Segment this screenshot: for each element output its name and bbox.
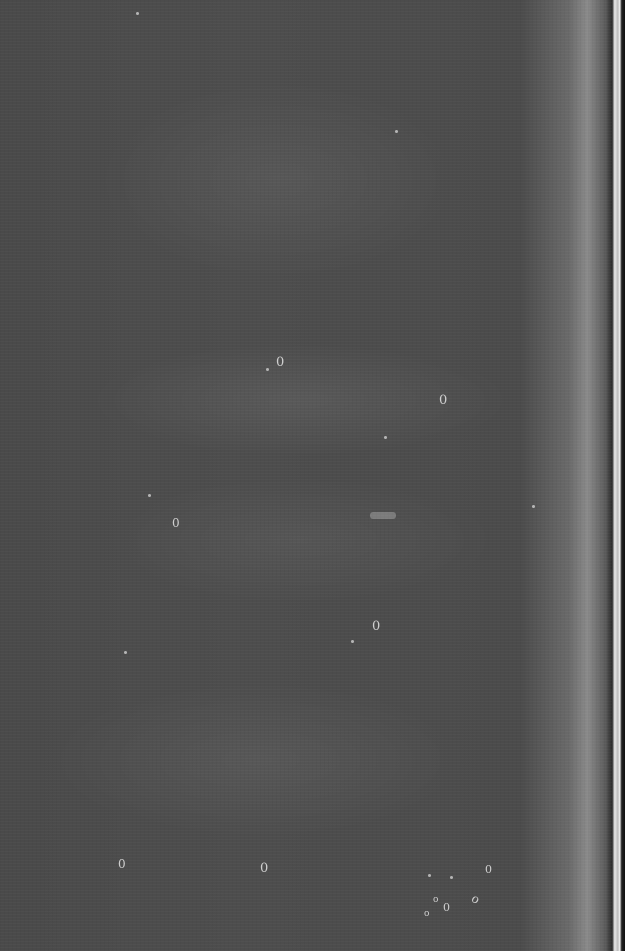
speck-mark: 0 [172,517,180,529]
speck-mark: 0 [443,902,450,913]
speck-mark: 0 [118,858,126,870]
speck-mark: o [424,910,429,919]
speck-mark: 0 [372,620,380,633]
dust-speck [148,494,151,497]
dust-speck [428,874,431,877]
smudge [370,512,396,519]
speck-mark: 0 [485,864,492,875]
dust-speck [384,436,387,439]
speck-mark: 0 [260,862,268,875]
scanned-page: 0 0 0 0 0 0 0 0 o o o [0,0,612,951]
speck-mark: 0 [276,356,284,369]
dust-speck [395,130,398,133]
paper-texture [0,0,612,951]
dust-speck [124,651,127,654]
dust-speck [266,368,269,371]
dust-speck [450,876,453,879]
page-edge [612,0,625,951]
speck-mark: 0 [439,394,447,407]
speck-mark: o [433,896,438,905]
dust-speck [351,640,354,643]
dust-speck [532,505,535,508]
dust-speck [136,12,139,15]
